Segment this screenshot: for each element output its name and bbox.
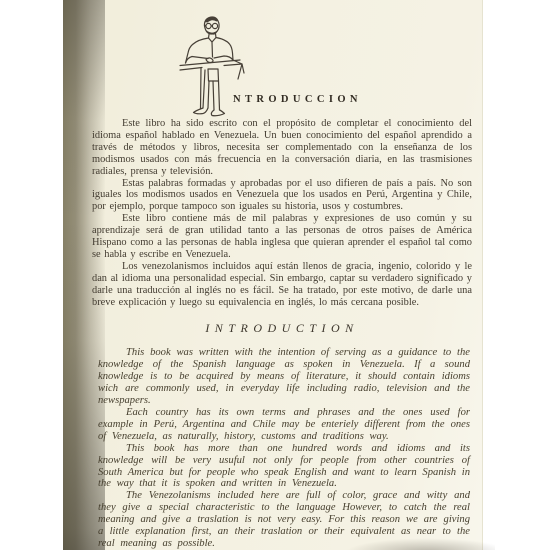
scanned-book-page-photo: NTRODUCCION Este libro ha sido escrito c… xyxy=(0,0,550,550)
spanish-paragraph-4: Los venezolanismos incluidos aquí están … xyxy=(92,261,472,309)
english-paragraph-1: This book was written with the intention… xyxy=(98,347,470,407)
english-section-heading: INTRODUCTION xyxy=(92,321,472,336)
spanish-paragraph-3: Este libro contiene más de mil palabras … xyxy=(92,213,472,261)
english-paragraph-2: Each country has its own terms and phras… xyxy=(98,407,470,443)
spanish-text-block: Este libro ha sido escrito con el propós… xyxy=(92,118,472,309)
scan-smudge xyxy=(345,538,495,550)
spanish-paragraph-1: Este libro ha sido escrito con el propós… xyxy=(92,118,472,178)
spanish-paragraph-2: Estas palabras formadas y aprobadas por … xyxy=(92,178,472,214)
english-paragraph-3: This book has more than one hundred word… xyxy=(98,443,470,491)
english-text-block: This book was written with the intention… xyxy=(98,347,470,550)
man-leaning-on-desk-illustration xyxy=(178,13,250,125)
spanish-section-heading: NTRODUCCION xyxy=(233,94,362,105)
